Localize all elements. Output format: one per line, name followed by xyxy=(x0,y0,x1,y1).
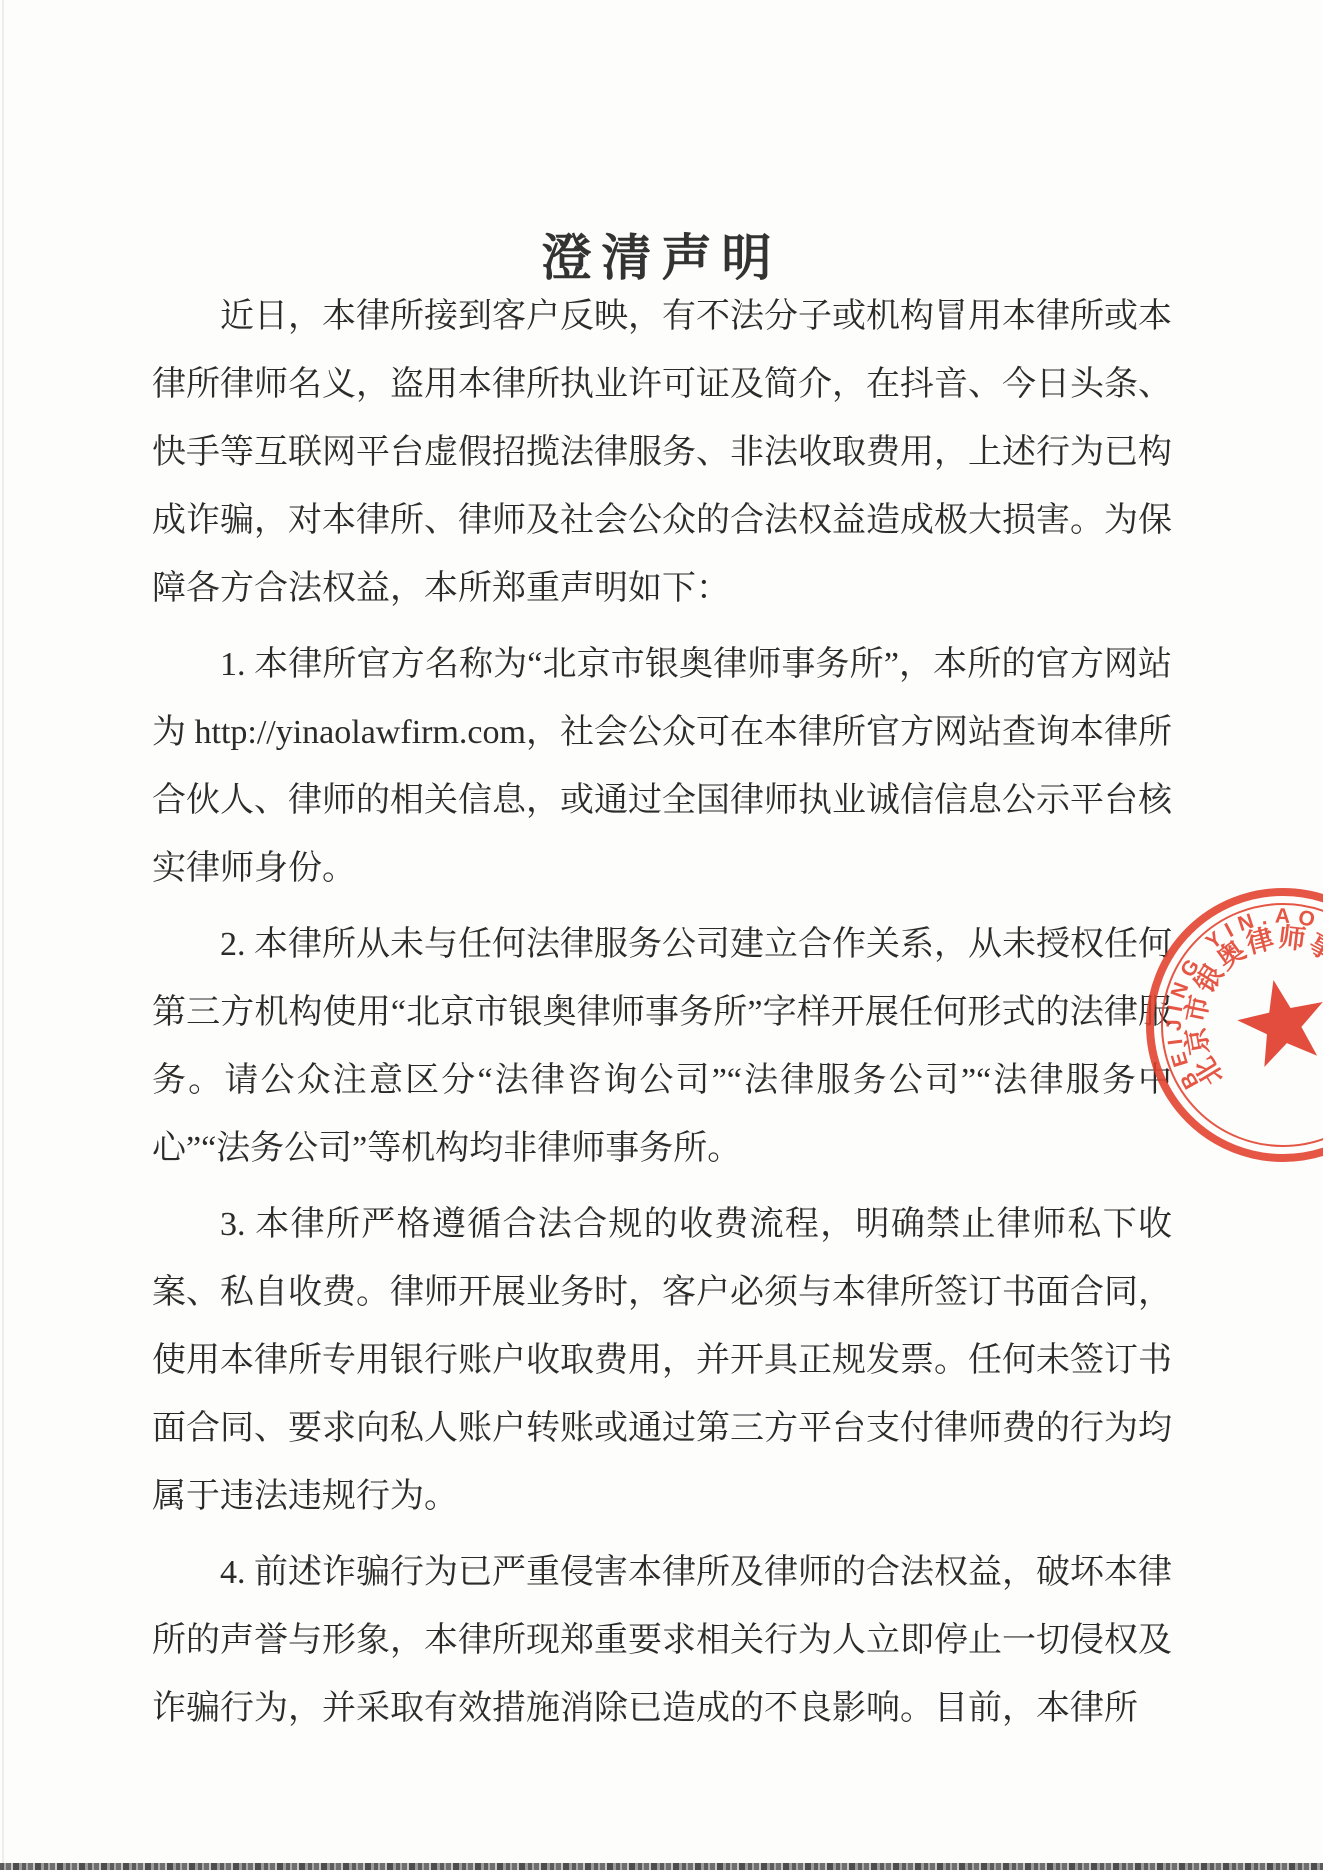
paragraph-item-3: 3. 本律所严格遵循合法合规的收费流程，明确禁止律师私下收案、私自收费。律师开展… xyxy=(152,1191,1172,1531)
paragraph-intro: 近日，本律所接到客户反映，有不法分子或机构冒用本律所或本律所律师名义，盗用本律所… xyxy=(152,283,1172,623)
paragraph-item-1: 1. 本律所官方名称为“北京市银奥律师事务所”，本所的官方网站为 http://… xyxy=(152,631,1172,903)
scanned-document-page: 澄清声明 近日，本律所接到客户反映，有不法分子或机构冒用本律所或本律所律师名义，… xyxy=(0,0,1323,1870)
seal-latin-text: BEIJING YIN.AO xyxy=(1163,905,1323,1093)
document-body: 近日，本律所接到客户反映，有不法分子或机构冒用本律所或本律所律师名义，盗用本律所… xyxy=(152,283,1172,1751)
svg-text:北京市银奥律师事务所: 北京市银奥律师事务所 xyxy=(1179,922,1323,1090)
svg-text:BEIJING YIN.AO: BEIJING YIN.AO xyxy=(1163,905,1323,1093)
paragraph-item-2: 2. 本律所从未与任何法律服务公司建立合作关系，从未授权任何第三方机构使用“北京… xyxy=(152,911,1172,1183)
document-title: 澄清声明 xyxy=(0,218,1323,290)
seal-outer-ring xyxy=(1150,892,1323,1158)
scan-edge-bottom xyxy=(0,1863,1323,1870)
paragraph-item-4: 4. 前述诈骗行为已严重侵害本律所及律师的合法权益，破坏本律所的声誉与形象，本律… xyxy=(152,1539,1172,1743)
star-icon xyxy=(1231,971,1323,1071)
seal-inner-ring xyxy=(1162,904,1323,1146)
seal-chinese-text: 北京市银奥律师事务所 xyxy=(1179,922,1323,1090)
